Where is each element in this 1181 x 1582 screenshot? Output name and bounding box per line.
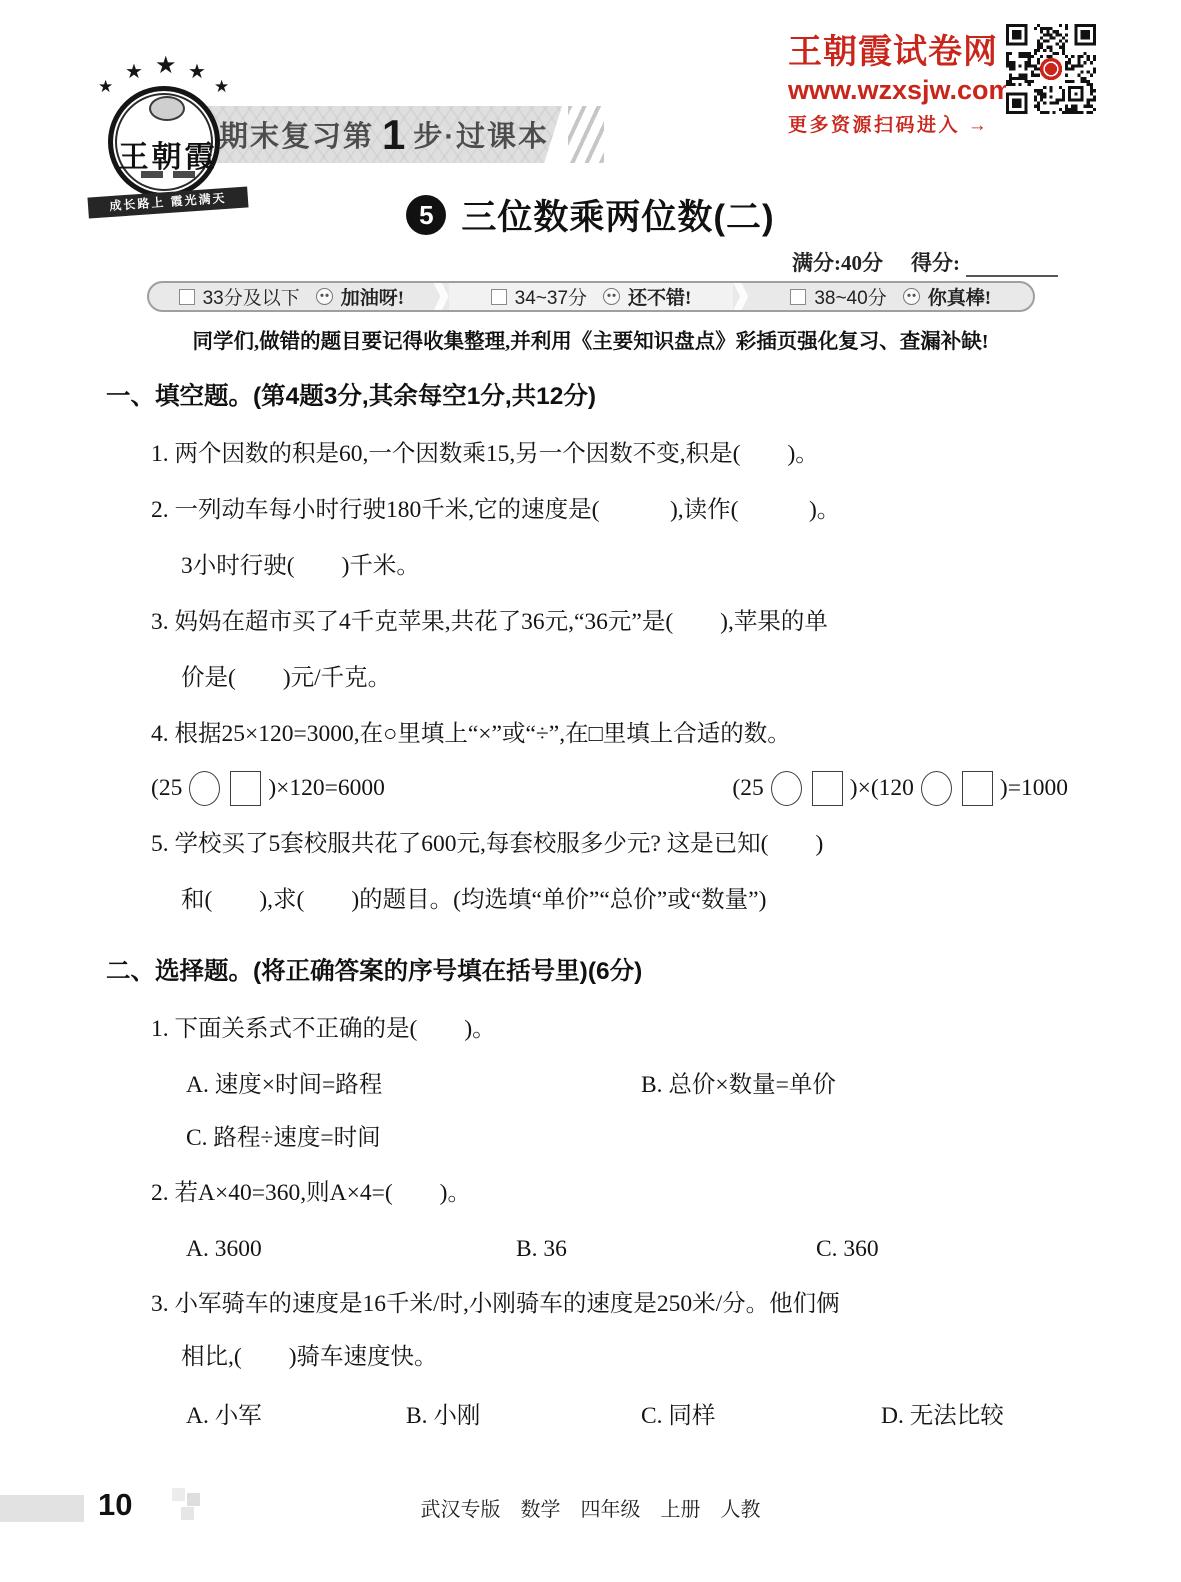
option-c[interactable]: C. 360 bbox=[816, 1233, 879, 1266]
fill-question-5-cont: 和( ),求( )的题目。(均选填“单价”“总价”或“数量”) bbox=[106, 884, 1082, 917]
remark-low: 加油呀! bbox=[341, 283, 404, 310]
star-icon: ★ bbox=[188, 62, 206, 82]
question-text: 根据25×120=3000,在○里填上“×”或“÷”,在□里填上合适的数。 bbox=[175, 721, 791, 747]
question-number: 4. bbox=[151, 721, 169, 747]
option-b[interactable]: B. 总价×数量=单价 bbox=[641, 1069, 836, 1102]
fill-question-2: 2. 一列动车每小时行驶180千米,它的速度是( ),读作( )。 bbox=[106, 494, 1082, 527]
star-icon: ★ bbox=[155, 54, 177, 78]
teacher-tip: 同学们,做错的题目要记得收集整理,并利用《主要知识盘点》彩插页强化复习、查漏补缺… bbox=[0, 324, 1181, 354]
fill-question-4-equations: (25 )×120=6000 (25 )×(120 )=1000 bbox=[106, 771, 1082, 806]
lesson-number-badge: 5 bbox=[406, 195, 446, 235]
band-segment-mid: 34~37分 还不错! bbox=[449, 283, 734, 310]
step-banner-number: 1 bbox=[382, 111, 405, 159]
equation-text: (25 bbox=[732, 772, 763, 805]
fill-question-4: 4. 根据25×120=3000,在○里填上“×”或“÷”,在□里填上合适的数。 bbox=[106, 718, 1082, 751]
range-high: 38~40分 bbox=[814, 283, 886, 310]
step-banner-suffix: 步·过课本 bbox=[413, 114, 549, 155]
tip-book-title: 《主要知识盘点》 bbox=[572, 330, 736, 353]
encouragement-band: 33分及以下 加油呀! 34~37分 还不错! 38~40分 你真棒! bbox=[147, 281, 1035, 312]
fill-question-3-cont: 价是( )元/千克。 bbox=[106, 662, 1082, 695]
full-score-label: 满分:40分 bbox=[792, 247, 883, 277]
choice-question-2: 2. 若A×40=360,则A×4=( )。 bbox=[106, 1177, 1082, 1210]
range-low: 33分及以下 bbox=[203, 283, 300, 310]
circle-blank[interactable] bbox=[189, 771, 220, 806]
chevron-divider-icon bbox=[733, 283, 748, 310]
site-brand: 王朝霞试卷网 www.wzxsjw.com 更多资源扫码进入 → bbox=[788, 24, 1003, 137]
fill-question-1: 1. 两个因数的积是60,一个因数乘15,另一个因数不变,积是( )。 bbox=[106, 438, 1082, 471]
question-text: 下面关系式不正确的是( )。 bbox=[175, 1016, 496, 1042]
square-blank[interactable] bbox=[230, 771, 261, 806]
equation-text: )×120=6000 bbox=[268, 772, 385, 805]
site-url: www.wzxsjw.com bbox=[788, 75, 1003, 106]
publisher-logo: ★ ★ ★ ★ ★ 王朝霞 成长路上 霞光满天 bbox=[92, 56, 244, 216]
fill-question-3: 3. 妈妈在超市买了4千克苹果,共花了36元,“36元”是( ),苹果的单 bbox=[106, 606, 1082, 639]
option-b[interactable]: B. 36 bbox=[516, 1233, 816, 1266]
portrait-icon bbox=[149, 96, 185, 121]
option-d[interactable]: D. 无法比较 bbox=[881, 1400, 1004, 1433]
question-text: 小军骑车的速度是16千米/时,小刚骑车的速度是250米/分。他们俩 bbox=[175, 1291, 840, 1317]
checkbox-low[interactable] bbox=[179, 289, 195, 305]
section1-heading: 一、填空题。(第4题3分,其余每空1分,共12分) bbox=[106, 380, 1082, 413]
worksheet-page: ★ ★ ★ ★ ★ 王朝霞 成长路上 霞光满天 期末复习第1步·过课本 王朝霞试… bbox=[0, 0, 1181, 1582]
fill-question-2-cont: 3小时行驶( )千米。 bbox=[106, 550, 1082, 583]
star-icon: ★ bbox=[98, 78, 113, 95]
fill-question-5: 5. 学校买了5套校服共花了600元,每套校服多少元? 这是已知( ) bbox=[106, 828, 1082, 861]
edition-info: 武汉专版 数学 四年级 上册 人教 bbox=[0, 1493, 1181, 1522]
question-text: 若A×40=360,则A×4=( )。 bbox=[175, 1180, 471, 1206]
option-a[interactable]: A. 小军 bbox=[186, 1400, 406, 1433]
question-text: 妈妈在超市买了4千克苹果,共花了36元,“36元”是( ),苹果的单 bbox=[175, 609, 828, 635]
question-number: 2. bbox=[151, 1180, 169, 1206]
site-name: 王朝霞试卷网 bbox=[788, 24, 1003, 73]
lesson-title: 三位数乘两位数(二) bbox=[461, 190, 774, 240]
choice-2-options-row: A. 3600 B. 36 C. 360 bbox=[106, 1233, 1082, 1266]
question-number: 3. bbox=[151, 1291, 169, 1317]
question-number: 2. bbox=[151, 497, 169, 523]
worksheet-content: 一、填空题。(第4题3分,其余每空1分,共12分) 1. 两个因数的积是60,一… bbox=[106, 380, 1082, 1455]
star-icon: ★ bbox=[214, 78, 229, 95]
choice-3-options-row: A. 小军 B. 小刚 C. 同样 D. 无法比较 bbox=[106, 1400, 1082, 1433]
section2-heading: 二、选择题。(将正确答案的序号填在括号里)(6分) bbox=[106, 955, 1082, 988]
earned-score-blank[interactable] bbox=[966, 255, 1058, 277]
checkbox-high[interactable] bbox=[790, 289, 806, 305]
tip-post: 彩插页强化复习、查漏补缺! bbox=[736, 331, 989, 353]
score-line: 满分:40分 得分: bbox=[792, 247, 1058, 277]
qr-code bbox=[1006, 24, 1096, 114]
earned-score-label: 得分: bbox=[911, 247, 960, 277]
question-number: 1. bbox=[151, 441, 169, 467]
option-c[interactable]: C. 路程÷速度=时间 bbox=[186, 1122, 381, 1155]
logo-ribbon: 成长路上 霞光满天 bbox=[87, 186, 248, 218]
band-segment-low: 33分及以下 加油呀! bbox=[149, 283, 434, 310]
equation-text: )×(120 bbox=[850, 772, 914, 805]
question-text: 学校买了5套校服共花了600元,每套校服多少元? 这是已知( ) bbox=[175, 831, 824, 857]
circle-blank[interactable] bbox=[771, 771, 802, 806]
equation-1: (25 )×120=6000 bbox=[151, 771, 385, 806]
question-text: 两个因数的积是60,一个因数乘15,另一个因数不变,积是( )。 bbox=[175, 441, 819, 467]
choice-question-3-cont: 相比,( )骑车速度快。 bbox=[106, 1341, 1082, 1374]
tip-pre: 同学们,做错的题目要记得收集整理,并利用 bbox=[192, 331, 571, 353]
question-number: 1. bbox=[151, 1016, 169, 1042]
range-mid: 34~37分 bbox=[515, 283, 587, 310]
option-b[interactable]: B. 小刚 bbox=[406, 1400, 641, 1433]
question-number: 3. bbox=[151, 609, 169, 635]
remark-mid: 还不错! bbox=[628, 283, 691, 310]
choice-question-1: 1. 下面关系式不正确的是( )。 bbox=[106, 1013, 1082, 1046]
star-icon: ★ bbox=[125, 62, 143, 82]
circle-blank[interactable] bbox=[921, 771, 952, 806]
square-blank[interactable] bbox=[962, 771, 993, 806]
question-number: 5. bbox=[151, 831, 169, 857]
checkbox-mid[interactable] bbox=[491, 289, 507, 305]
smiley-icon bbox=[903, 288, 920, 305]
logo-seals bbox=[92, 171, 244, 178]
choice-1-options-row2: C. 路程÷速度=时间 bbox=[106, 1122, 1082, 1155]
smiley-icon bbox=[603, 288, 620, 305]
choice-question-3: 3. 小军骑车的速度是16千米/时,小刚骑车的速度是250米/分。他们俩 bbox=[106, 1288, 1082, 1321]
remark-high: 你真棒! bbox=[928, 283, 991, 310]
equation-2: (25 )×(120 )=1000 bbox=[732, 771, 1068, 806]
option-a[interactable]: A. 速度×时间=路程 bbox=[186, 1069, 641, 1102]
question-text: 一列动车每小时行驶180千米,它的速度是( ),读作( )。 bbox=[175, 497, 841, 523]
square-blank[interactable] bbox=[812, 771, 843, 806]
banner-stripes-decoration bbox=[568, 106, 604, 163]
site-promo: 更多资源扫码进入 → bbox=[788, 110, 1003, 137]
option-c[interactable]: C. 同样 bbox=[641, 1400, 881, 1433]
equation-text: )=1000 bbox=[1000, 772, 1068, 805]
chevron-divider-icon bbox=[434, 283, 449, 310]
step-banner: 期末复习第1步·过课本 bbox=[206, 106, 562, 163]
smiley-icon bbox=[316, 288, 333, 305]
equation-text: (25 bbox=[151, 772, 182, 805]
qr-center-seal bbox=[1040, 58, 1062, 80]
option-a[interactable]: A. 3600 bbox=[186, 1233, 516, 1266]
choice-1-options-row: A. 速度×时间=路程 B. 总价×数量=单价 bbox=[106, 1069, 1082, 1102]
band-segment-high: 38~40分 你真棒! bbox=[748, 283, 1033, 310]
logo-name: 王朝霞 bbox=[92, 132, 244, 176]
